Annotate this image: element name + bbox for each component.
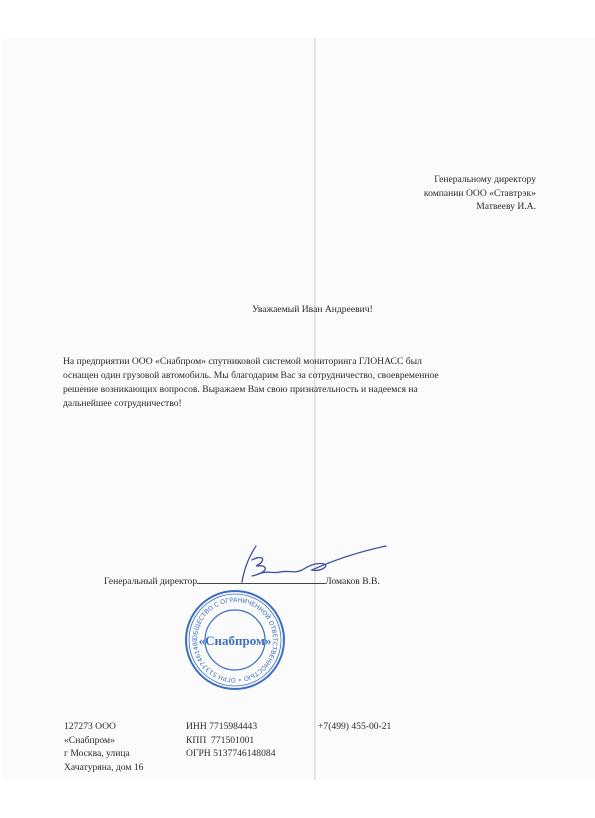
address-line: 127273 ООО: [64, 720, 143, 734]
letter-body: На предприятии ООО «Снабпром» спутниково…: [63, 355, 533, 411]
address-line: г Москва, улица: [64, 747, 143, 761]
requisite-kpp: КПП 771501001: [186, 734, 276, 748]
address-line: «Снабпром»: [64, 734, 143, 748]
salutation: Уважаемый Иван Андреевич!: [15, 304, 595, 315]
signatory-position: Генеральный директор: [104, 576, 197, 587]
footer-address: 127273 ООО «Снабпром» г Москва, улица Ха…: [64, 720, 143, 774]
addressee-line: Матвееву И.А.: [424, 200, 536, 214]
company-stamp-icon: ОБЩЕСТВО С ОГРАНИЧЕННОЙ ОТВЕТСТВЕННОСТЬЮ…: [183, 588, 287, 692]
address-line: Хачатуряна, дом 16: [64, 761, 143, 775]
footer-requisites: ИНН 7715984443 КПП 771501001 ОГРН 513774…: [186, 720, 276, 761]
footer-phone: +7(499) 455-00-21: [318, 720, 391, 734]
addressee-line: компании ООО «Ставтрэк»: [424, 187, 536, 201]
body-line: оснащен один грузовой автомобиль. Мы бла…: [63, 369, 533, 383]
stamp-center-text: «Снабпром»: [199, 633, 272, 648]
addressee-line: Генеральному директору: [424, 173, 536, 187]
addressee-block: Генеральному директору компании ООО «Ста…: [424, 173, 536, 214]
signatory-name: Ломаков В.В.: [325, 576, 380, 587]
requisite-inn: ИНН 7715984443: [186, 720, 276, 734]
requisite-ogrn: ОГРН 5137746148084: [186, 747, 276, 761]
body-line: На предприятии ООО «Снабпром» спутниково…: [63, 355, 533, 369]
signature-line: [197, 574, 325, 584]
body-line: решение возникающих вопросов. Выражаем В…: [63, 383, 533, 397]
body-line: дальнейшее сотрудничество!: [63, 397, 533, 411]
signature-row: Генеральный директорЛомаков В.В.: [104, 574, 380, 587]
phone-number: +7(499) 455-00-21: [318, 720, 391, 734]
